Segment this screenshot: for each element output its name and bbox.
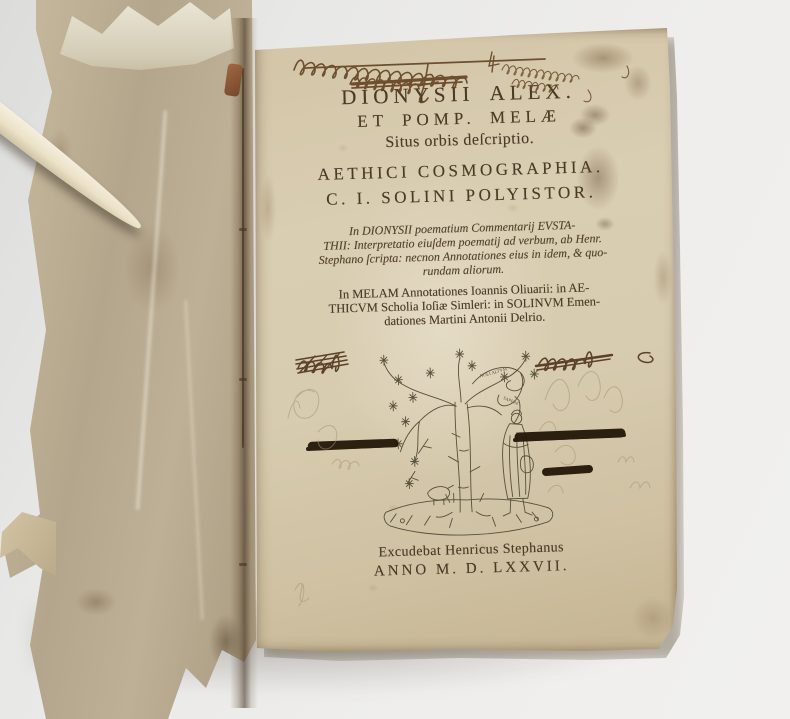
photograph-of-open-book: DIONYSII ALEX. ET POMP. MELÆ Situs orbis… [0,0,790,719]
title-page: DIONYSII ALEX. ET POMP. MELÆ Situs orbis… [253,28,677,652]
title-page-content: DIONYSII ALEX. ET POMP. MELÆ Situs orbis… [245,22,686,658]
commentary-paragraph-roman: In MELAM Annotationes Ioannis Oliuarii: … [270,279,659,332]
work-line-solinus: C. I. SOLINI POLYISTOR. [267,181,655,212]
gutter-crack [242,68,244,448]
printer-device-woodcut: NOLI ALTVM SAPERE [367,339,562,542]
sewing-stitch [239,228,247,231]
device-motto-text: SAPERE [503,395,520,406]
commentary-paragraph-italic: In DIONYSII poematium Commentarij EVSTA-… [268,216,657,283]
binding-gutter [230,18,258,708]
vellum-cover [0,0,262,719]
device-motto: NOLI ALTVM SAPERE [479,366,520,407]
sewing-stitch [239,563,247,566]
sewing-stitch [239,378,247,381]
